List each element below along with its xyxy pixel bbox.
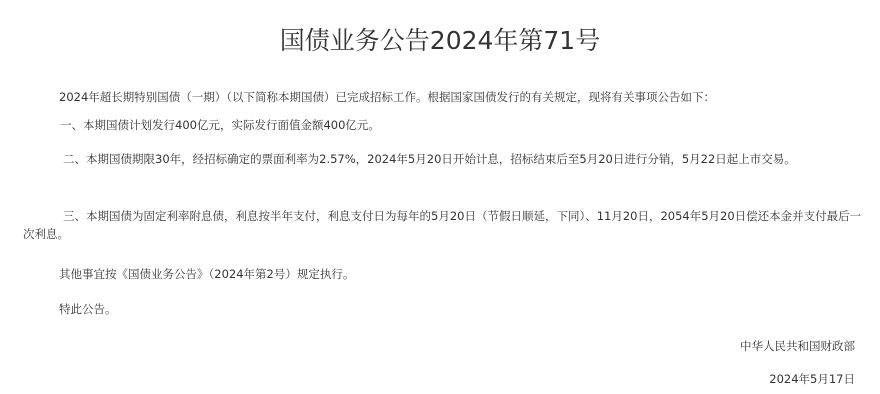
closing-paragraph: 特此公告。	[23, 300, 863, 318]
intro-paragraph: 2024年超长期特别国债（一期）（以下简称本期国债）已完成招标工作。根据国家国债…	[23, 88, 863, 106]
item-three-paragraph: 三、本期国债为固定利率附息债，利息按半年支付，利息支付日为每年的5月20日（节假…	[23, 207, 863, 243]
signature-date: 2024年5月17日	[769, 370, 855, 388]
other-matters-paragraph: 其他事宜按《国债业务公告》（2024年第2号）规定执行。	[23, 265, 863, 283]
signature-organization: 中华人民共和国财政部	[740, 337, 855, 355]
item-one-paragraph: 一、本期国债计划发行400亿元，实际发行面值金额400亿元。	[23, 116, 863, 134]
page-title: 国债业务公告2024年第71号	[0, 24, 880, 58]
item-two-paragraph: 二、本期国债期限30年，经招标确定的票面利率为2.57%，2024年5月20日开…	[23, 150, 863, 168]
